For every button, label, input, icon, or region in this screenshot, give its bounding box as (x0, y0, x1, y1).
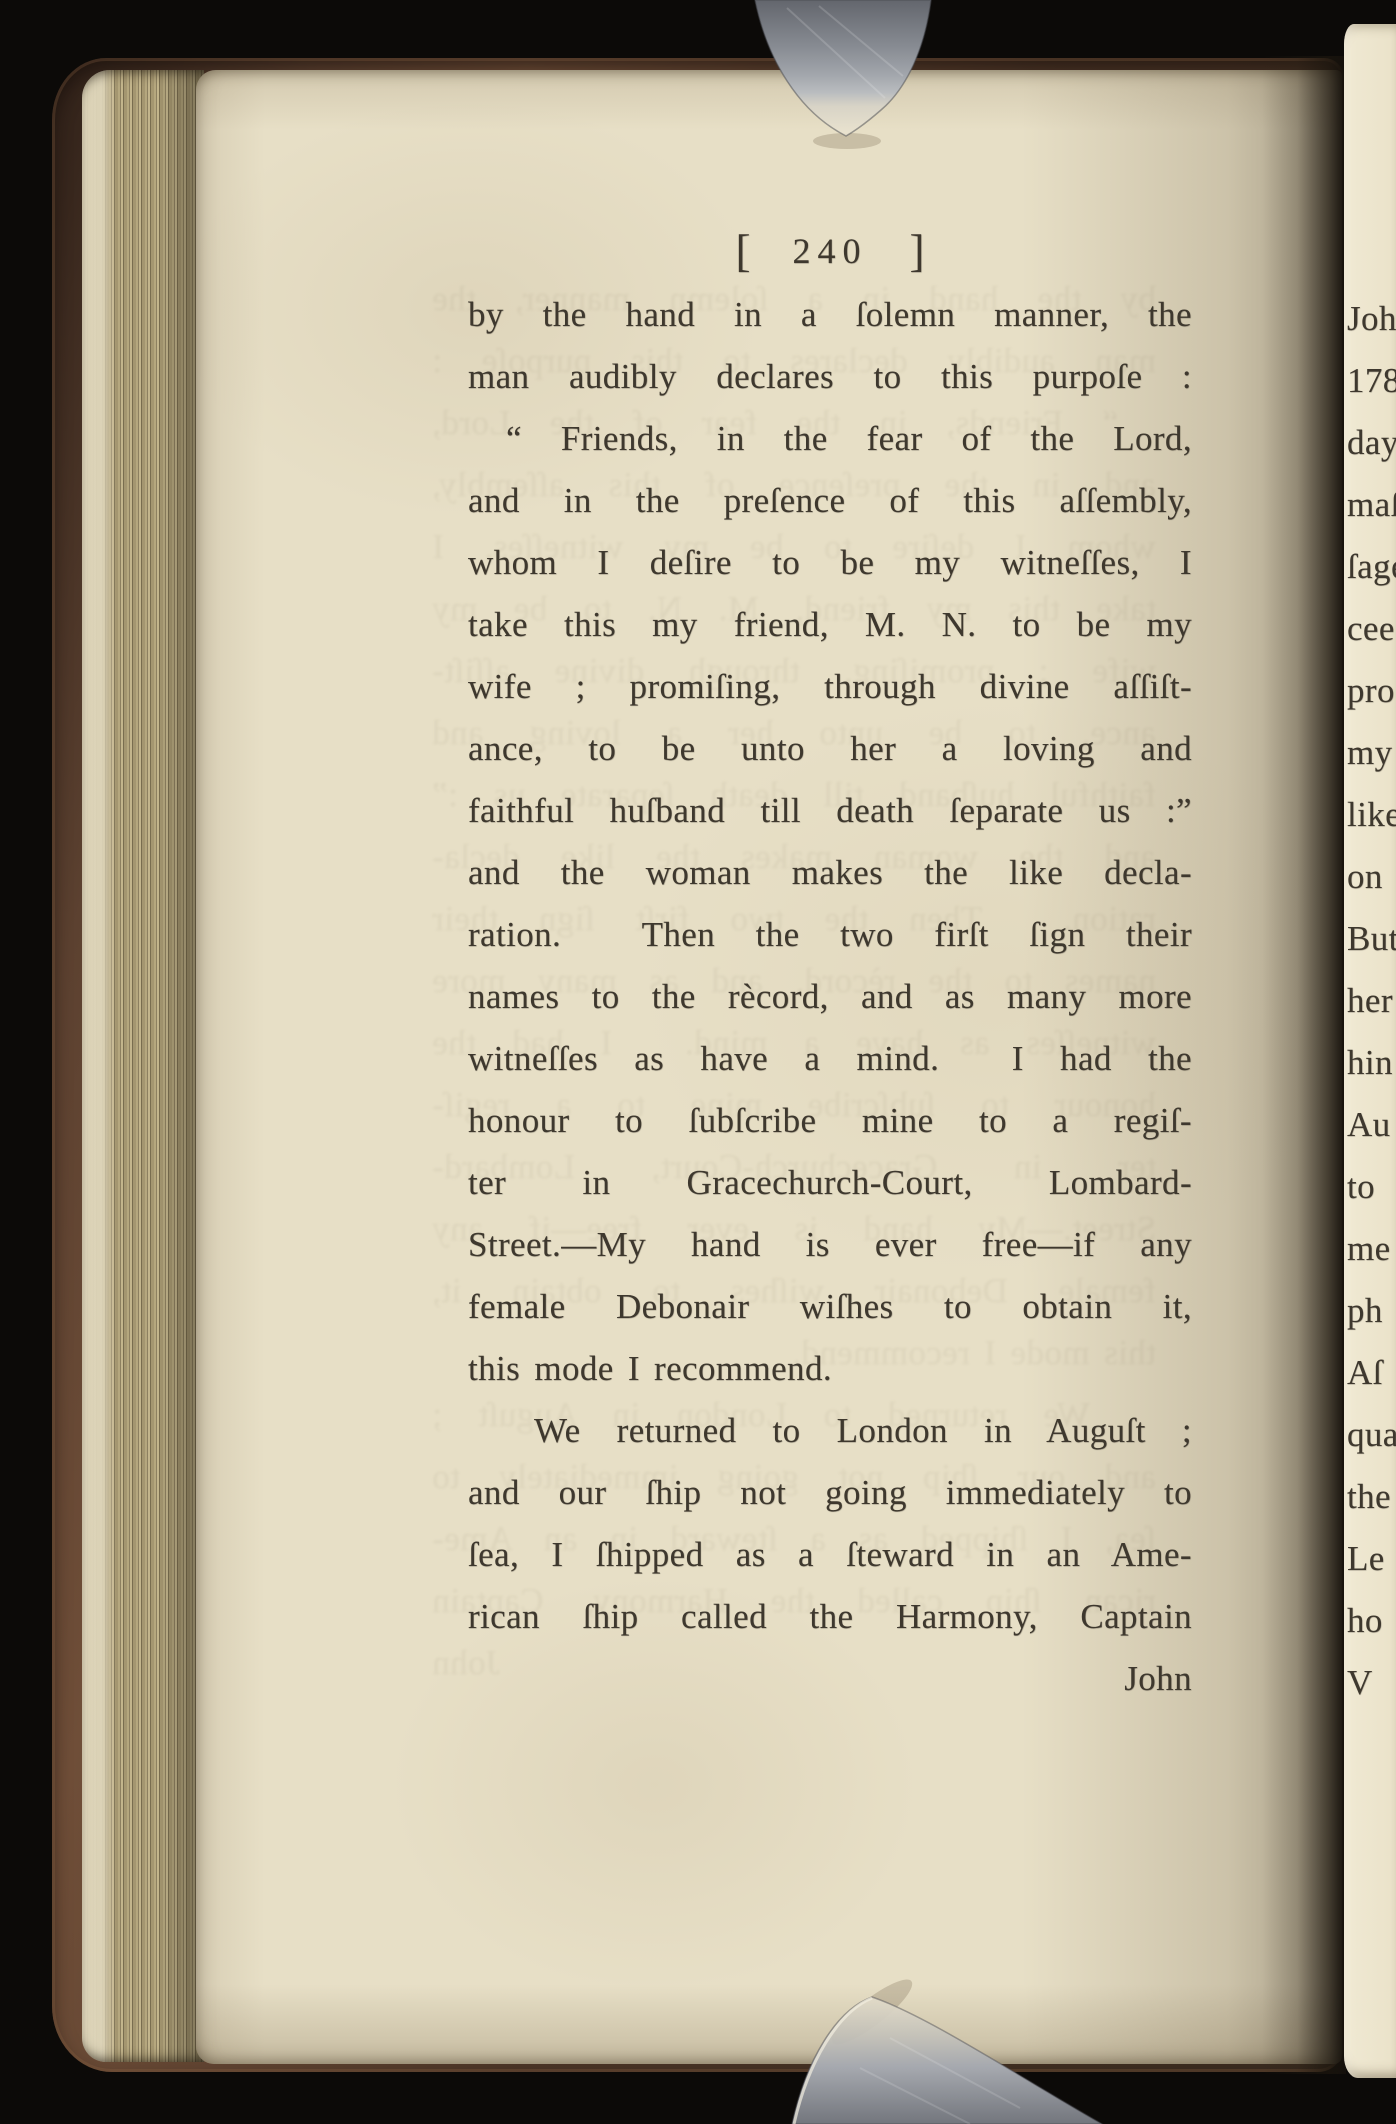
text-line: names to the rècord, and as many more (468, 966, 1192, 1028)
page-number: [240] (468, 222, 1192, 274)
next-page-text-fragments: Joh1786daysmaſſageceedpromylikeonButherh… (1344, 24, 1396, 1714)
text-fragment: 1786 (1347, 350, 1396, 412)
text-line: John (468, 1648, 1192, 1710)
page-holder-clip-top (735, 0, 950, 150)
gutter-shadow (1262, 56, 1346, 2074)
text-fragment: ph (1347, 1280, 1396, 1342)
text-line: female Debonair wiſhes to obtain it, (468, 1276, 1192, 1338)
text-line: rican ſhip called the Harmony, Captain (468, 1586, 1192, 1648)
text-line: take this my friend, M. N. to be my (468, 594, 1192, 656)
text-fragment: Au (1347, 1094, 1396, 1156)
text-fragment: pro (1347, 660, 1396, 722)
text-fragment: hin (1347, 1032, 1396, 1094)
text-line: ration. Then the two firſt ſign their (468, 904, 1192, 966)
text-fragment: to (1347, 1156, 1396, 1218)
next-page-edge: Joh1786daysmaſſageceedpromylikeonButherh… (1344, 24, 1396, 2078)
text-fragment: V (1347, 1652, 1396, 1714)
text-fragment: ceed (1347, 598, 1396, 660)
text-fragment: But (1347, 908, 1396, 970)
clip-blade (792, 1997, 1102, 2124)
folio-open-bracket: [ (736, 226, 751, 276)
page-text: by the hand in a ſolemn manner, theman a… (468, 284, 1192, 1710)
page-stack-fore-edge (82, 70, 204, 2062)
text-fragment: like (1347, 784, 1396, 846)
text-line: ter in Gracechurch-Court, Lombard- (468, 1152, 1192, 1214)
text-line: “ Friends, in the fear of the Lord, (468, 408, 1192, 470)
text-fragment: days (1347, 412, 1396, 474)
text-line: and in the preſence of this aſſembly, (468, 470, 1192, 532)
text-line: ance, to be unto her a loving and (468, 718, 1192, 780)
text-line: faithful huſband till death ſeparate us … (468, 780, 1192, 842)
text-line: honour to ſubſcribe mine to a regiſ- (468, 1090, 1192, 1152)
text-line: by the hand in a ſolemn manner, the (468, 284, 1192, 346)
folio-close-bracket: ] (910, 226, 925, 276)
text-fragment: Le (1347, 1528, 1396, 1590)
text-fragment: maſ (1347, 474, 1396, 536)
text-fragment: Joh (1347, 288, 1396, 350)
page-holder-clip-bottom (770, 1978, 1190, 2124)
book-page: by the hand in a ſolemn manner, theman a… (196, 70, 1342, 2064)
text-fragment: on (1347, 846, 1396, 908)
text-line: and the woman makes the like decla- (468, 842, 1192, 904)
text-fragment: ſage (1347, 536, 1396, 598)
text-fragment: me (1347, 1218, 1396, 1280)
folio-number: 240 (793, 231, 868, 271)
clip-blade (755, 0, 931, 136)
text-line: this mode I recommend. (468, 1338, 1192, 1400)
text-fragment: Aſ (1347, 1342, 1396, 1404)
text-line: whom I deſire to be my witneſſes, I (468, 532, 1192, 594)
text-fragment: ho (1347, 1590, 1396, 1652)
text-fragment: the (1347, 1466, 1396, 1528)
text-fragment: her (1347, 970, 1396, 1032)
text-line: and our ſhip not going immediately to (468, 1462, 1192, 1524)
text-line: man audibly declares to this purpoſe : (468, 346, 1192, 408)
book-photograph: by the hand in a ſolemn manner, theman a… (0, 0, 1396, 2124)
text-line: witneſſes as have a mind. I had the (468, 1028, 1192, 1090)
text-fragment: my (1347, 722, 1396, 784)
text-line: We returned to London in Auguſt ; (468, 1400, 1192, 1462)
text-line: ſea, I ſhipped as a ſteward in an Ame- (468, 1524, 1192, 1586)
text-line: Street.—My hand is ever free—if any (468, 1214, 1192, 1276)
text-fragment: qua (1347, 1404, 1396, 1466)
text-line: wife ; promiſing, through divine aſſiſt- (468, 656, 1192, 718)
